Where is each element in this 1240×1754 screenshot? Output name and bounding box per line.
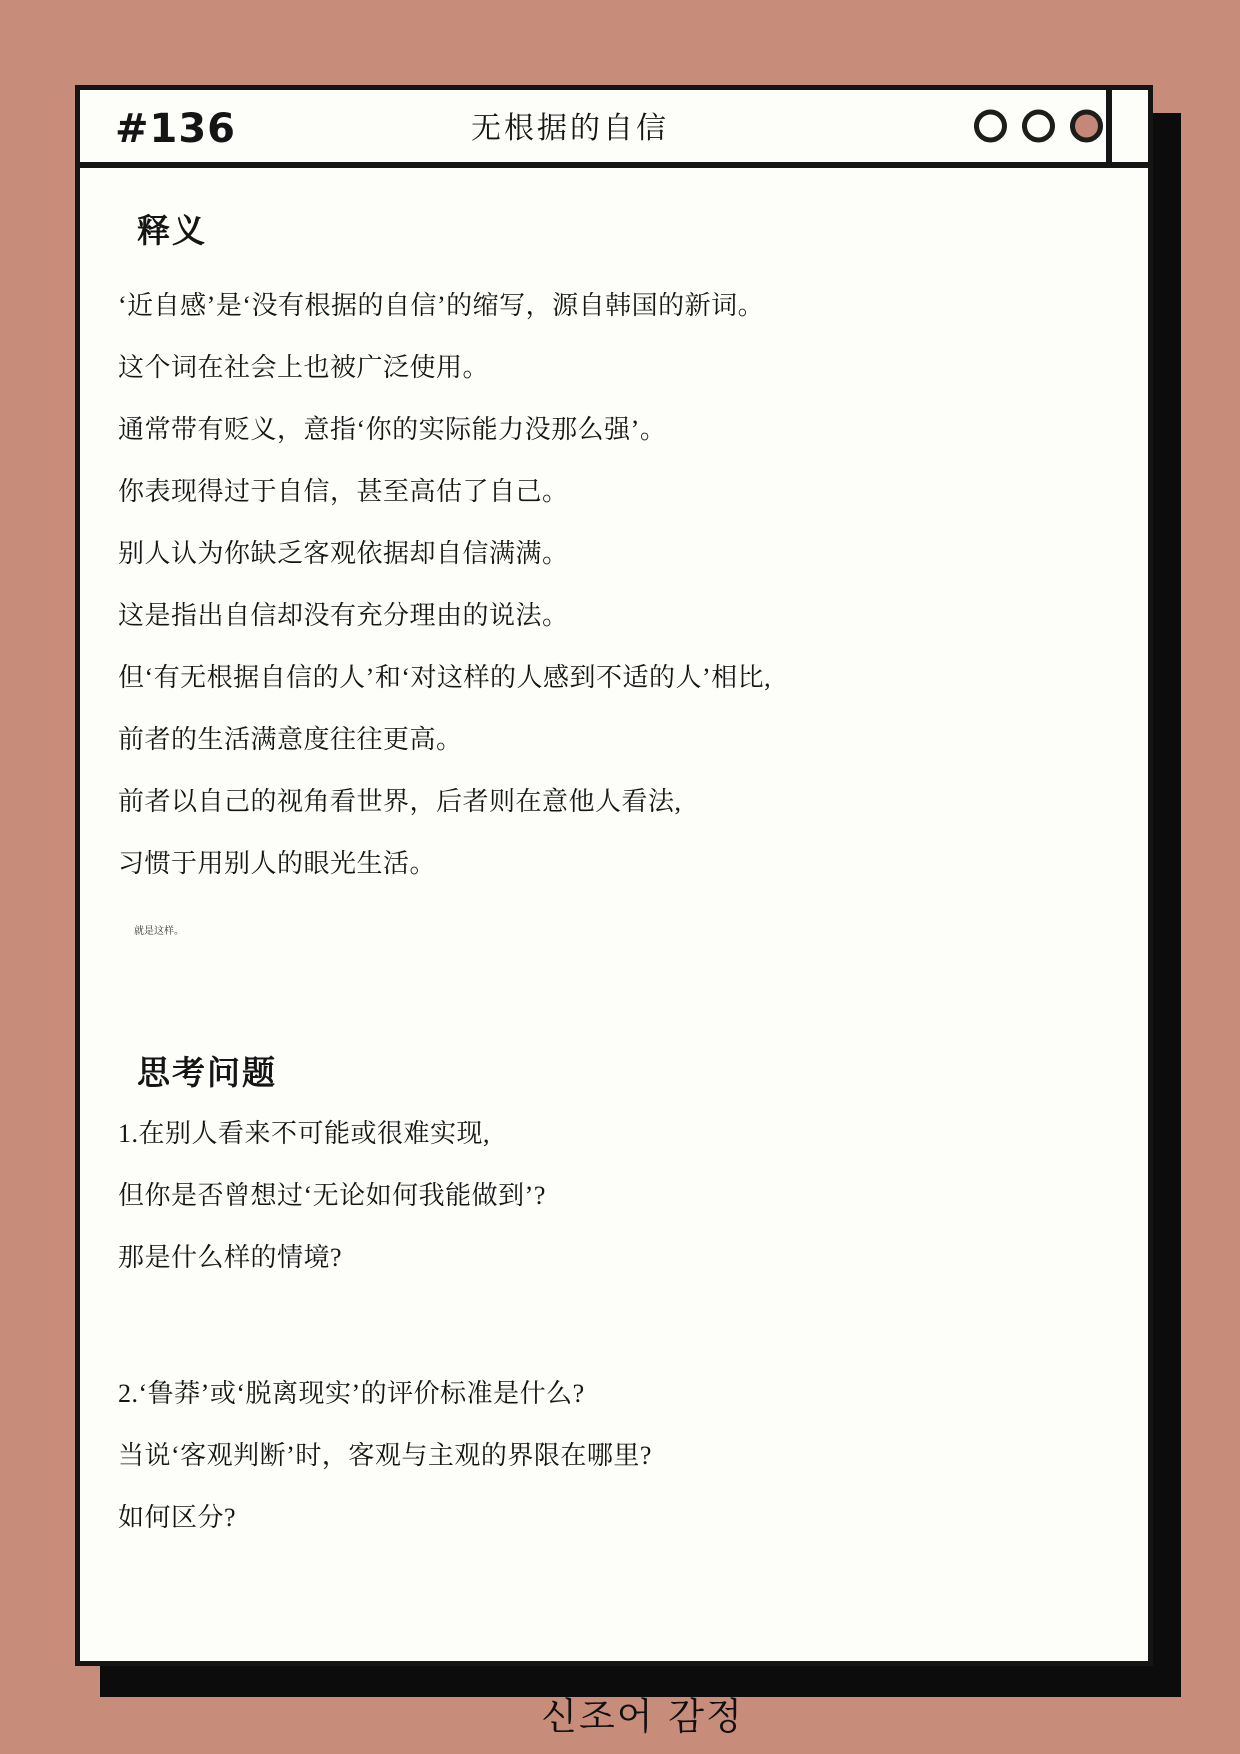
definition-line: 这个词在社会上也被广泛使用。: [118, 337, 1108, 399]
definition-line: 你表现得过于自信，甚至高估了自己。: [118, 461, 1108, 523]
window-dots: [974, 110, 1103, 143]
header-right-divider: [1106, 90, 1112, 168]
question-line: 但你是否曾想过‘无论如何我能做到’?: [118, 1165, 1108, 1227]
question-1: 1.在别人看来不可能或很难实现, 但你是否曾想过‘无论如何我能做到’? 那是什么…: [118, 1103, 1108, 1289]
definition-line: 别人认为你缺乏客观依据却自信满满。: [118, 523, 1108, 585]
definition-line: 前者以自己的视角看世界，后者则在意他人看法,: [118, 771, 1108, 833]
question-line: 如何区分?: [118, 1487, 1108, 1549]
definition-footnote: 就是这样。: [134, 925, 1108, 939]
question-line: 当说‘客观判断’时，客观与主观的界限在哪里?: [118, 1425, 1108, 1487]
footer-brand: 신조어 감정: [0, 1696, 1240, 1738]
definition-line: 习惯于用别人的眼光生活。: [118, 833, 1108, 895]
question-line: 那是什么样的情境?: [118, 1227, 1108, 1289]
definition-heading: 释义: [137, 208, 1108, 256]
definition-section: ‘近自感’是‘没有根据的自信’的缩写，源自韩国的新词。 这个词在社会上也被广泛使…: [118, 275, 1108, 895]
questions-heading: 思考问题: [137, 1050, 1108, 1098]
card-content: 释义 ‘近自感’是‘没有根据的自信’的缩写，源自韩国的新词。 这个词在社会上也被…: [80, 208, 1148, 1549]
question-line: 2.‘鲁莽’或‘脱离现实’的评价标准是什么?: [118, 1363, 1108, 1425]
note-card: #136 无根据的自信 释义 ‘近自感’是‘没有根据的自信’的缩写，源自韩国的新…: [75, 85, 1153, 1666]
window-dot-icon-1: [974, 110, 1007, 143]
window-header: #136 无根据的自信: [80, 90, 1148, 168]
definition-line: 前者的生活满意度往往更高。: [118, 709, 1108, 771]
definition-line: 但‘有无根据自信的人’和‘对这样的人感到不适的人’相比,: [118, 647, 1108, 709]
definition-line: ‘近自感’是‘没有根据的自信’的缩写，源自韩国的新词。: [118, 275, 1108, 337]
window-dot-icon-2: [1022, 110, 1055, 143]
page-title: 无根据的自信: [80, 90, 1060, 168]
question-line: 1.在别人看来不可能或很难实现,: [118, 1103, 1108, 1165]
window-dot-icon-3: [1070, 110, 1103, 143]
definition-line: 这是指出自信却没有充分理由的说法。: [118, 585, 1108, 647]
definition-line: 通常带有贬义，意指‘你的实际能力没那么强’。: [118, 399, 1108, 461]
question-2: 2.‘鲁莽’或‘脱离现实’的评价标准是什么? 当说‘客观判断’时，客观与主观的界…: [118, 1363, 1108, 1549]
